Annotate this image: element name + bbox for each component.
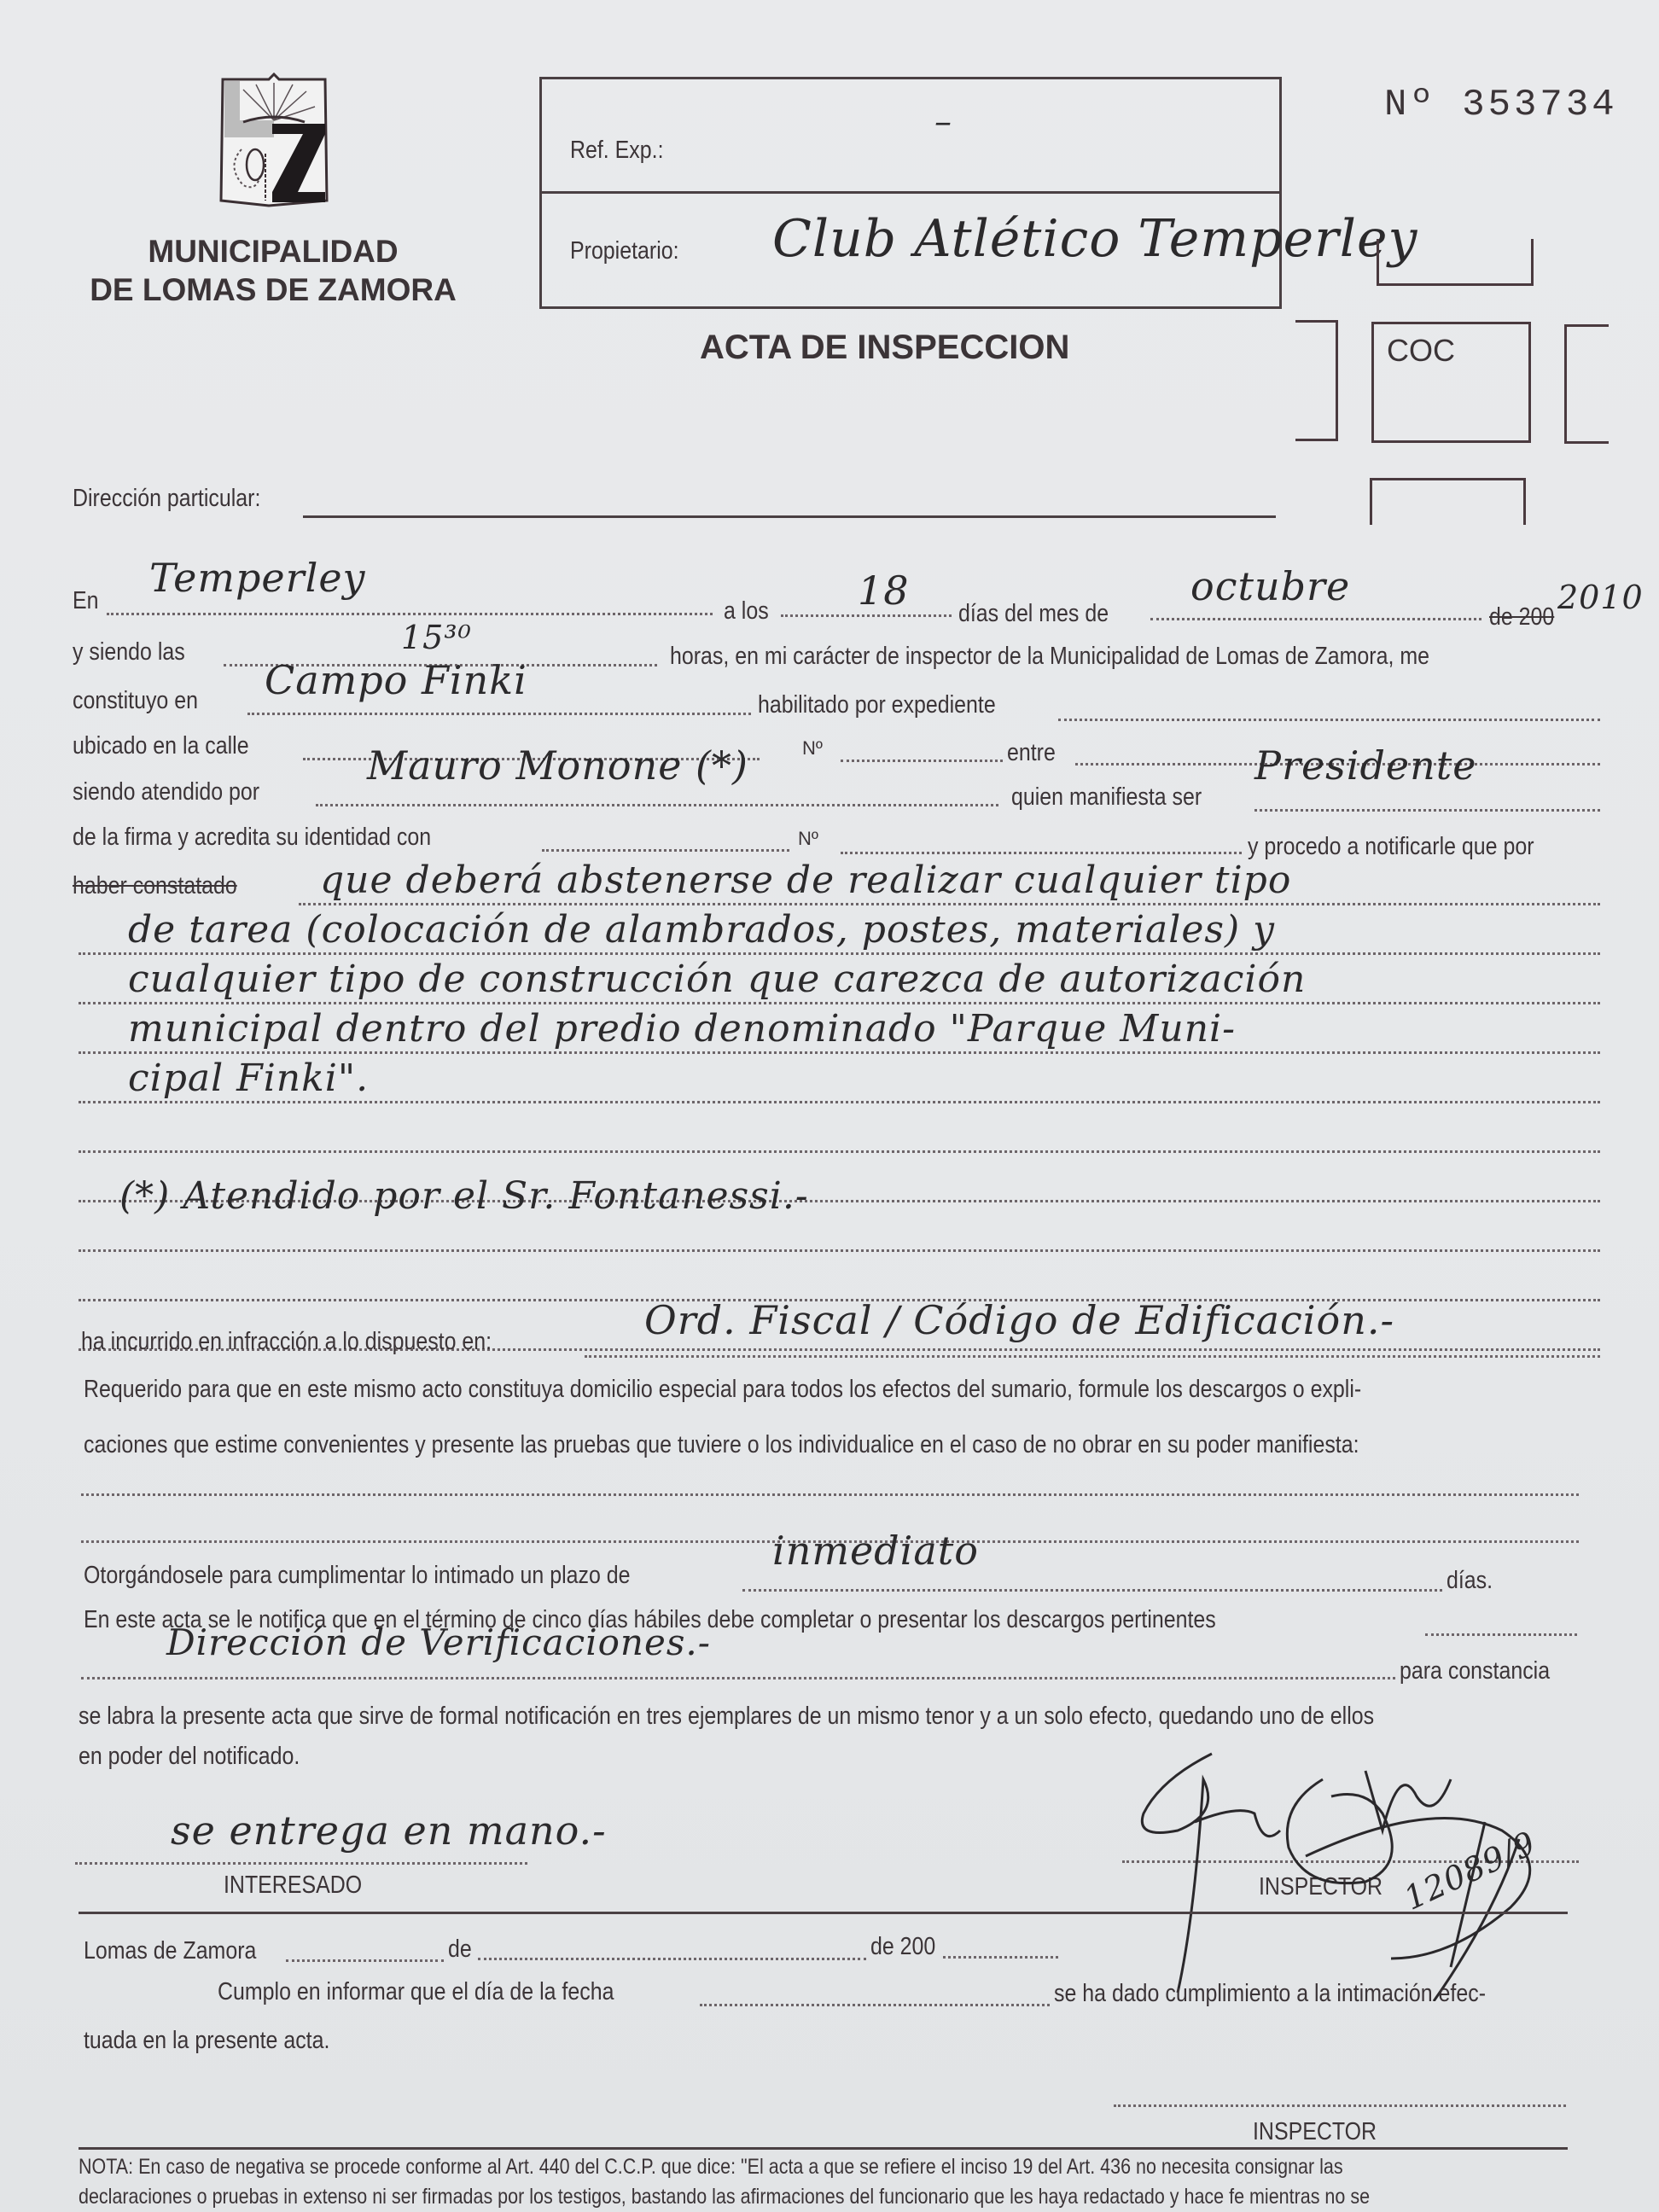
requerido-text-2: caciones que estime convenientes y prese…	[84, 1431, 1359, 1459]
notification-text-line: (*) Atendido por el Sr. Fontanessi.-	[119, 1174, 809, 1218]
notification-text-line: cualquier tipo de construcción que carez…	[128, 958, 1306, 1001]
descargos-value: Dirección de Verificaciones.-	[166, 1621, 711, 1663]
infraccion-field[interactable]	[585, 1355, 1600, 1358]
numero-label: Nº	[802, 737, 823, 760]
constancia-label: para constancia	[1400, 1657, 1550, 1685]
dias-label: días.	[1447, 1567, 1493, 1595]
quien-value: Presidente	[1254, 742, 1476, 789]
municipal-coat-of-arms-icon	[218, 73, 330, 209]
notification-text-line: de tarea (colocación de alambrados, post…	[128, 908, 1275, 952]
constituyo-field[interactable]	[247, 713, 751, 715]
siendo-las-label: y siendo las	[73, 638, 185, 667]
firma-label: de la firma y acredita su identidad con	[73, 824, 431, 852]
notification-rule-line[interactable]	[79, 1101, 1600, 1103]
plazo-value: inmediato	[772, 1528, 979, 1574]
en-label: En	[73, 587, 99, 615]
identidad-field[interactable]	[542, 849, 789, 852]
inspector-signature	[1109, 1745, 1587, 2001]
document-title: ACTA DE INSPECCION	[700, 329, 1069, 367]
footer-year-field[interactable]	[943, 1956, 1058, 1959]
atendido-value: Mauro Monone (*)	[367, 742, 748, 789]
en-field[interactable]	[107, 613, 713, 615]
en-value: Temperley	[149, 555, 366, 601]
ubicado-label: ubicado en la calle	[73, 732, 249, 760]
de-anio-label: de 200	[1489, 603, 1554, 632]
corner-mark-right	[1564, 324, 1609, 444]
numero-field[interactable]	[841, 760, 1003, 762]
footer-year-label: de 200	[870, 1933, 935, 1961]
notification-text-line: que deberá abstenerse de realizar cualqu…	[320, 859, 1291, 902]
constituyo-label: constituyo en	[73, 687, 198, 715]
quien-field[interactable]	[1254, 809, 1600, 812]
descargos-line[interactable]	[81, 1677, 1395, 1679]
cumplimiento-text: se ha dado cumplimiento a la intimación …	[1054, 1980, 1486, 2008]
anio-value: 2010	[1557, 579, 1644, 616]
numero2-label: Nº	[798, 828, 818, 850]
notification-rule-line[interactable]	[79, 1249, 1600, 1252]
requerido-text-1: Requerido para que en este mismo acto co…	[84, 1376, 1361, 1404]
plazo-field[interactable]	[742, 1589, 1442, 1592]
quien-label: quien manifiesta ser	[1011, 783, 1202, 812]
document-number: Nº 353734	[1384, 84, 1618, 126]
direccion-label: Dirección particular:	[73, 485, 260, 513]
notification-rule-line[interactable]	[299, 903, 1600, 905]
section-divider	[79, 1912, 1568, 1914]
coc-label: COC	[1387, 333, 1455, 369]
ref-exp-label: Ref. Exp.:	[570, 137, 664, 165]
corner-mark-top	[1377, 239, 1534, 286]
numero2-field[interactable]	[841, 852, 1242, 854]
hora-value: 15³⁰	[401, 619, 472, 656]
notification-rule-line[interactable]	[79, 1051, 1600, 1054]
direccion-field[interactable]	[303, 515, 1276, 518]
propietario-value[interactable]: Club Atlético Temperley	[772, 209, 1417, 269]
corner-mark-left	[1295, 320, 1338, 441]
labra-text: se labra la presente acta que sirve de f…	[79, 1703, 1374, 1731]
tuada-text: tuada en la presente acta.	[84, 2027, 329, 2055]
cumplo-text: Cumplo en informar que el día de la fech…	[218, 1978, 614, 2006]
entre-label: entre	[1007, 739, 1056, 767]
organization-name: MUNICIPALIDAD DE LOMAS DE ZAMORA	[64, 232, 482, 309]
poder-text: en poder del notificado.	[79, 1743, 300, 1771]
dia-field[interactable]	[781, 614, 952, 617]
propietario-label: Propietario:	[570, 237, 679, 265]
reference-box-divider	[539, 191, 1282, 194]
expediente-field[interactable]	[1058, 719, 1600, 721]
infraccion-value: Ord. Fiscal / Código de Edificación.-	[644, 1297, 1394, 1343]
footer-inspector-signature-line[interactable]	[1114, 2104, 1566, 2107]
notification-rule-line[interactable]	[79, 1150, 1600, 1153]
footer-de-label: de	[448, 1935, 472, 1964]
atendido-field[interactable]	[316, 804, 998, 806]
descargos-field[interactable]	[1425, 1633, 1577, 1636]
interesado-signature-line[interactable]	[75, 1862, 527, 1865]
notification-text-line: cipal Finki".	[128, 1057, 369, 1100]
dias-mes-label: días del mes de	[958, 600, 1109, 628]
habilitado-label: habilitado por expediente	[758, 691, 996, 719]
footer-day-field[interactable]	[286, 1959, 444, 1962]
corner-mark-bottom	[1370, 478, 1526, 525]
atendido-label: siendo atendido por	[73, 778, 259, 806]
mes-value: octubre	[1190, 563, 1350, 609]
notification-rule-line[interactable]	[79, 952, 1600, 955]
constituyo-value: Campo Finki	[265, 657, 527, 703]
interesado-label: INTERESADO	[224, 1871, 362, 1900]
mes-field[interactable]	[1150, 618, 1481, 620]
cumplo-date-field[interactable]	[700, 2004, 1050, 2006]
notification-rule-line[interactable]	[79, 1002, 1600, 1004]
procedo-label: y procedo a notificarle que por	[1248, 833, 1534, 861]
footer-inspector-label: INSPECTOR	[1253, 2118, 1377, 2146]
notification-text-line: municipal dentro del predio denominado "…	[128, 1007, 1236, 1051]
haber-label: haber constatado	[73, 872, 237, 900]
manifiesta-line-1[interactable]	[81, 1493, 1579, 1496]
lomas-label: Lomas de Zamora	[84, 1937, 256, 1965]
footer-divider	[79, 2147, 1568, 2150]
dia-value: 18	[858, 568, 910, 614]
organization-line1: MUNICIPALIDAD	[64, 232, 482, 271]
plazo-label: Otorgándosele para cumplimentar lo intim…	[84, 1562, 631, 1590]
nota-line-1: NOTA: En caso de negativa se procede con…	[79, 2155, 1343, 2180]
horas-text: horas, en mi carácter de inspector de la…	[670, 643, 1429, 671]
footer-month-field[interactable]	[478, 1958, 866, 1960]
ref-exp-value[interactable]: –	[934, 102, 952, 142]
interesado-value: se entrega en mano.-	[171, 1807, 607, 1854]
infraccion-label: ha incurrido en infracción a lo dispuest…	[81, 1328, 492, 1356]
nota-line-2: declaraciones o pruebas in extenso ni se…	[79, 2185, 1370, 2209]
organization-line2: DE LOMAS DE ZAMORA	[64, 271, 482, 309]
a-los-label: a los	[724, 597, 769, 626]
